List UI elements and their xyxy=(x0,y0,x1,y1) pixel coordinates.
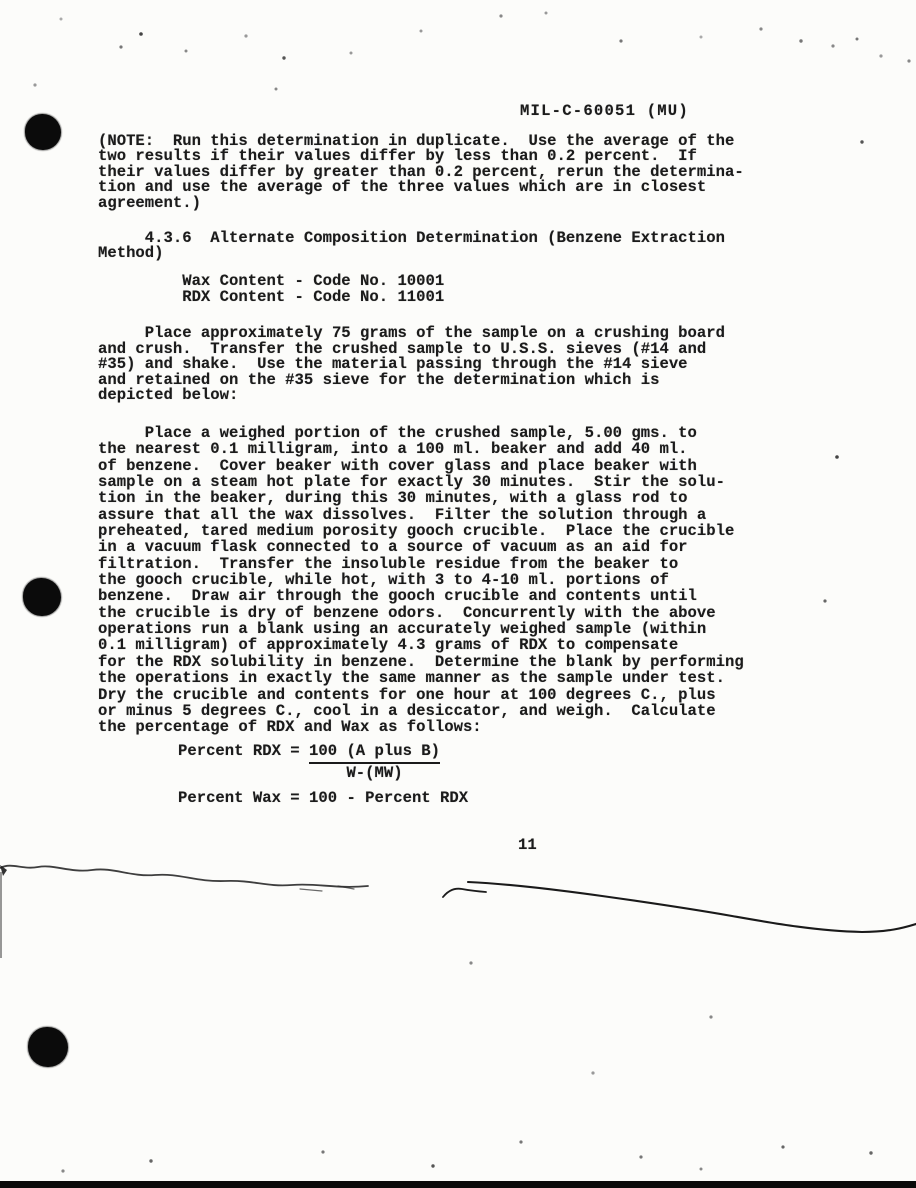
page-number: 11 xyxy=(518,838,537,853)
rdx-formula-lhs: Percent RDX = xyxy=(178,742,309,760)
bottom-scan-bar xyxy=(0,1181,916,1188)
section-heading-4-3-6: 4.3.6 Alternate Composition Determinatio… xyxy=(98,231,725,262)
punch-hole-mark xyxy=(25,114,61,150)
procedure-paragraph: Place a weighed portion of the crushed s… xyxy=(98,425,744,736)
rdx-formula-denominator: W-(MW) xyxy=(309,764,440,782)
scanned-document-page: MIL-C-60051 (MU) (NOTE: Run this determi… xyxy=(0,0,916,1188)
rdx-formula: Percent RDX = 100 (A plus B)W-(MW) xyxy=(178,743,440,782)
scan-noise-speckles xyxy=(0,0,2,2)
left-edge-scan-mark xyxy=(0,872,2,958)
rdx-formula-numerator: 100 (A plus B) xyxy=(309,743,440,764)
note-paragraph: (NOTE: Run this determination in duplica… xyxy=(98,134,744,211)
rdx-formula-fraction: 100 (A plus B)W-(MW) xyxy=(309,743,440,782)
punch-hole-mark xyxy=(23,578,61,616)
code-number-list: Wax Content - Code No. 10001 RDX Content… xyxy=(98,274,444,305)
spec-number-header: MIL-C-60051 (MU) xyxy=(520,104,689,119)
torn-edge-line xyxy=(0,855,916,950)
punch-hole-mark xyxy=(28,1027,68,1067)
wax-formula: Percent Wax = 100 - Percent RDX xyxy=(178,791,468,806)
crush-sample-paragraph: Place approximately 75 grams of the samp… xyxy=(98,326,725,404)
